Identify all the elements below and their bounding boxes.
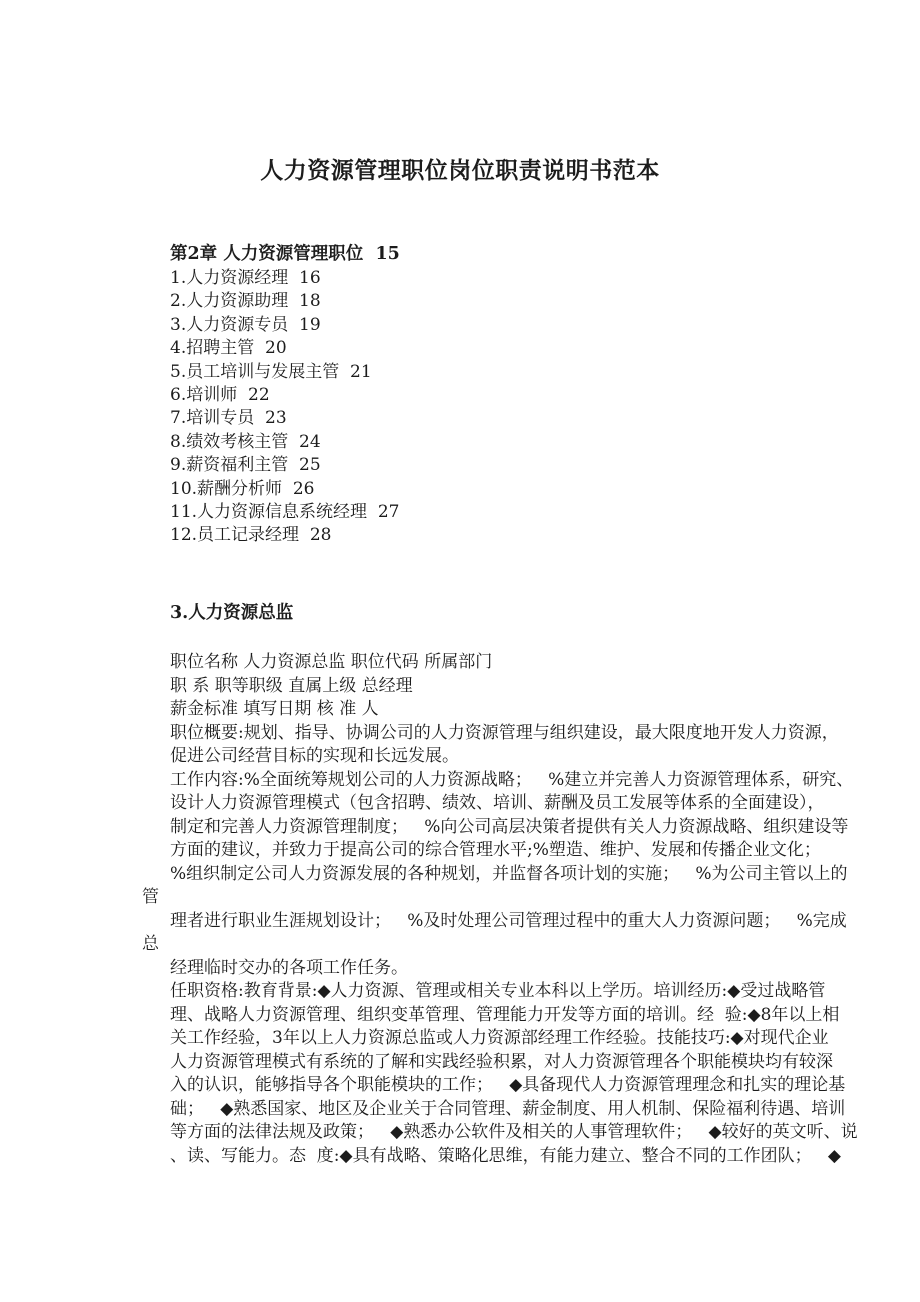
toc-list: 1.人力资源经理 16 2.人力资源助理 18 3.人力资源专员 19 4.招聘… [170,267,399,548]
toc-item: 8.绩效考核主管 24 [170,431,399,454]
body-line-work-content: %组织制定公司人力资源发展的各种规划，并监督各项计划的实施； %为公司主管以上的 [170,863,858,887]
body-line-qualifications: 、读、写能力。态 度:◆具有战略、策略化思维，有能力建立、整合不同的工作团队； … [170,1145,858,1169]
body-line-qualifications: 任职资格:教育背景:◆人力资源、管理或相关专业本科以上学历。培训经历:◆受过战略… [170,980,858,1004]
toc-item: 7.培训专员 23 [170,407,399,430]
toc-item: 10.薪酬分析师 26 [170,478,399,501]
body-line-qualifications: 关工作经验，3年以上人力资源总监或人力资源部经理工作经验。技能技巧:◆对现代企业 [170,1027,858,1051]
body-line-summary: 促进公司经营目标的实现和长远发展。 [170,745,858,769]
body-line-work-content: 经理临时交办的各项工作任务。 [170,957,858,981]
toc-item: 9.薪资福利主管 25 [170,454,399,477]
toc-chapter-heading: 第2章 人力资源管理职位 15 [170,240,400,265]
toc-item: 4.招聘主管 20 [170,337,399,360]
body-line-qualifications: 入的认识，能够指导各个职能模块的工作； ◆具备现代人力资源管理理念和扎实的理论基 [170,1074,858,1098]
body-line-position-name: 职位名称 人力资源总监 职位代码 所属部门 [170,651,858,675]
body-line-work-content: 设计人力资源管理模式（包含招聘、绩效、培训、薪酬及员工发展等体系的全面建设）， [170,792,858,816]
toc-item: 12.员工记录经理 28 [170,524,399,547]
body-line-qualifications: 理、战略人力资源管理、组织变革管理、管理能力开发等方面的培训。经 验:◆8年以上… [170,1004,858,1028]
body-line-hanging-char: 管 [142,886,858,910]
toc-item: 2.人力资源助理 18 [170,290,399,313]
body-line-work-content: 理者进行职业生涯规划设计； %及时处理公司管理过程中的重大人力资源问题； %完成 [170,910,858,934]
body-line-work-content: 方面的建议，并致力于提高公司的综合管理水平;%塑造、维护、发展和传播企业文化； [170,839,858,863]
body-line-qualifications: 础； ◆熟悉国家、地区及企业关于合同管理、薪金制度、用人机制、保险福利待遇、培训 [170,1098,858,1122]
body-line-salary-standard: 薪金标准 填写日期 核 准 人 [170,698,858,722]
document-page: 人力资源管理职位岗位职责说明书范本 第2章 人力资源管理职位 15 1.人力资源… [0,0,920,1302]
body-line-summary: 职位概要:规划、指导、协调公司的人力资源管理与组织建设，最大限度地开发人力资源， [170,722,858,746]
section-heading: 3.人力资源总监 [170,599,293,624]
toc-item: 5.员工培训与发展主管 21 [170,361,399,384]
body-line-qualifications: 等方面的法律法规及政策； ◆熟悉办公软件及相关的人事管理软件； ◆较好的英文听、… [170,1121,858,1145]
body-line-work-content: 制定和完善人力资源管理制度； %向公司高层决策者提供有关人力资源战略、组织建设等 [170,816,858,840]
toc-item: 6.培训师 22 [170,384,399,407]
body-line-work-content: 工作内容:%全面统筹规划公司的人力资源战略； %建立并完善人力资源管理体系，研究… [170,769,858,793]
body-line-job-family: 职 系 职等职级 直属上级 总经理 [170,675,858,699]
body-line-hanging-char: 总 [142,933,858,957]
toc-item: 3.人力资源专员 19 [170,314,399,337]
document-title: 人力资源管理职位岗位职责说明书范本 [0,152,920,185]
toc-item: 11.人力资源信息系统经理 27 [170,501,399,524]
toc-item: 1.人力资源经理 16 [170,267,399,290]
section-body: 职位名称 人力资源总监 职位代码 所属部门 职 系 职等职级 直属上级 总经理 … [170,651,858,1168]
body-line-qualifications: 人力资源管理模式有系统的了解和实践经验积累，对人力资源管理各个职能模块均有较深 [170,1051,858,1075]
